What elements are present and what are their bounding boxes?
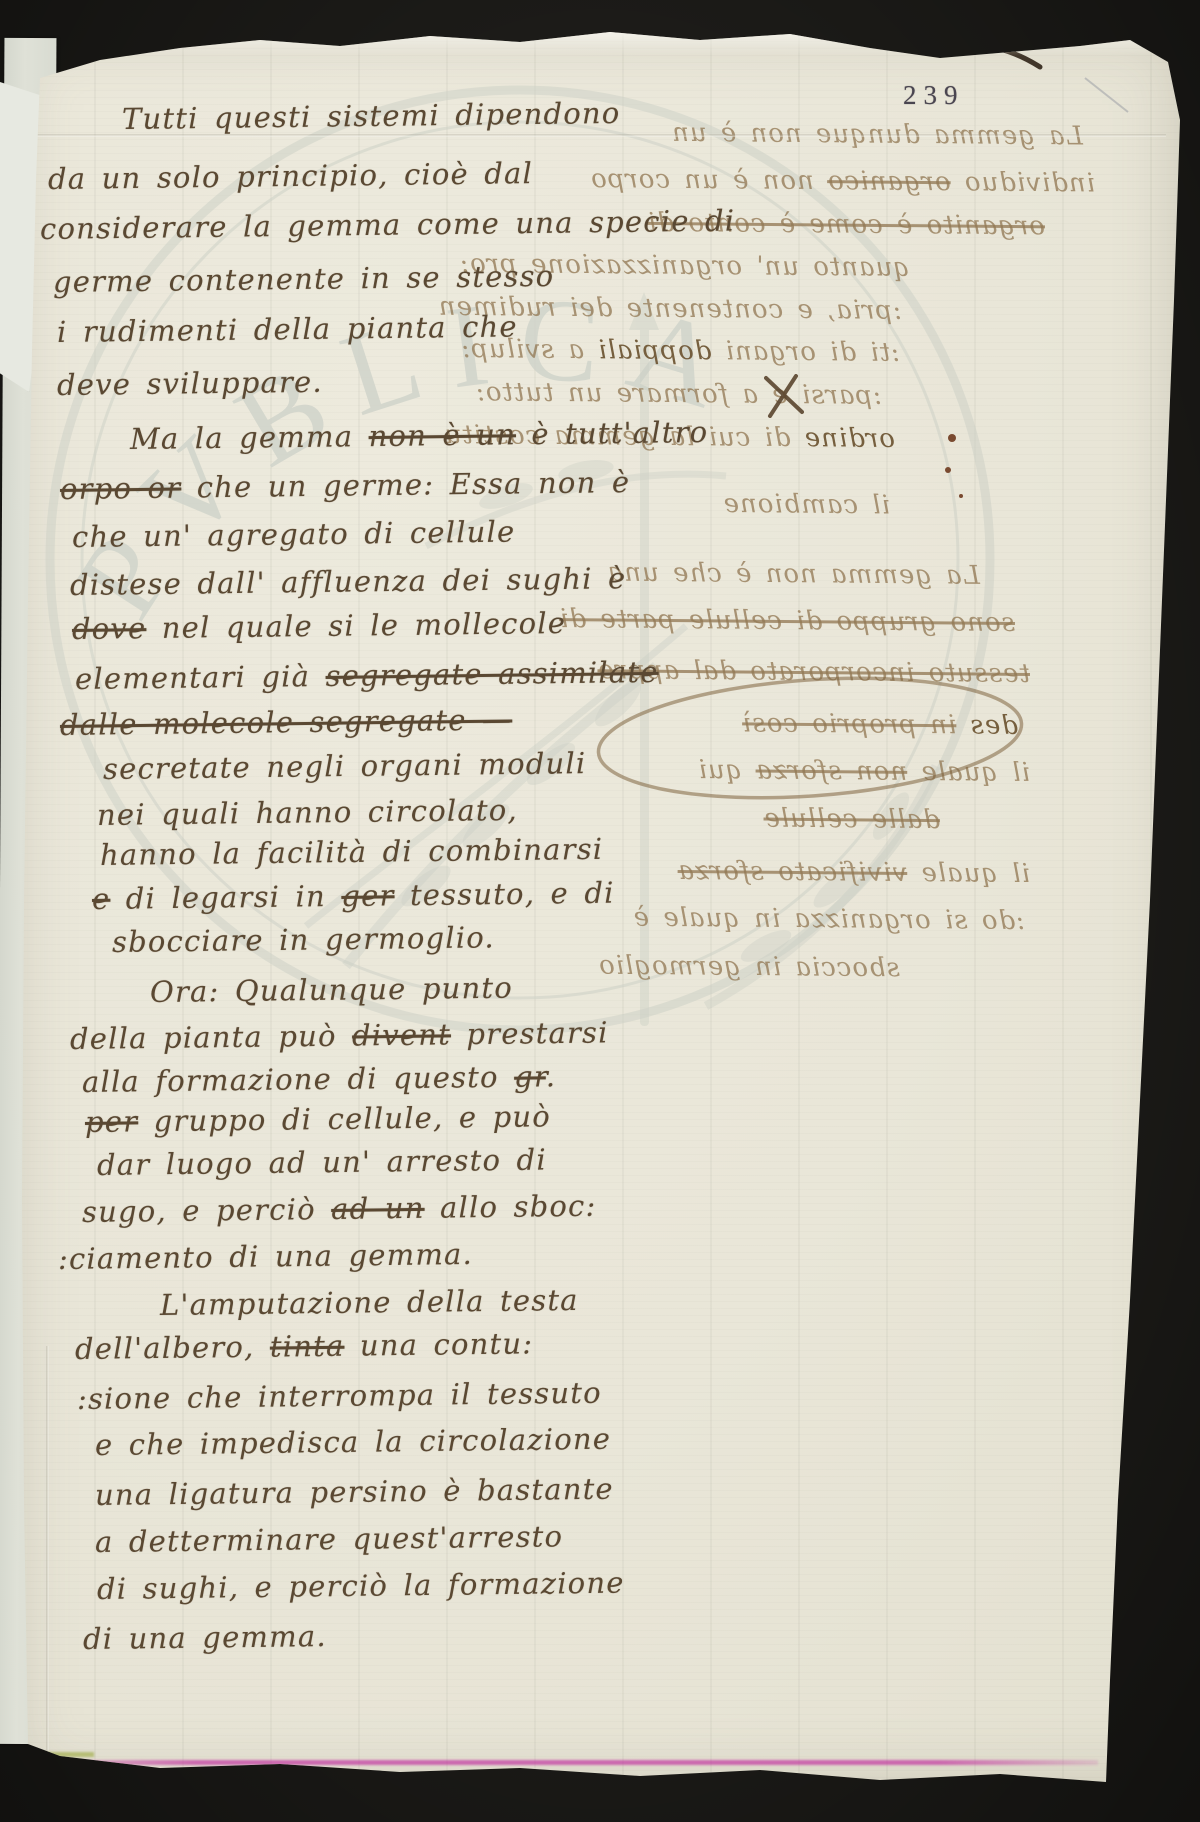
text-segment: a detterminare quest'arresto [95, 1519, 564, 1559]
manuscript-line: sbocciare in germoglio. [112, 919, 495, 960]
manuscript-line: elementari già segregate assimilate [75, 654, 659, 697]
manuscript-line: alla formazione di questo gr. [82, 1058, 557, 1100]
manuscript-line: dell'albero, tinta una contu: [75, 1325, 534, 1367]
manuscript-line: L'amputazione della testa [160, 1282, 579, 1323]
text-segment: della pianta può [70, 1019, 352, 1056]
scan-background: { "page_number": "239", "colors": { "bac… [0, 0, 1200, 1822]
text-segment: di legarsi in [110, 879, 341, 916]
text-segment: che un' agregato di cellule [72, 515, 516, 554]
recto-text-layer: Tutti questi sistemi dipendonoda un solo… [6, 26, 1186, 1792]
text-segment: gruppo di cellule, e può [138, 1099, 551, 1138]
manuscript-line: secretate negli organi moduli [103, 745, 587, 787]
text-segment: i rudimenti della pianta che [57, 309, 518, 349]
manuscript-line: i rudimenti della pianta che [57, 308, 518, 350]
text-segment: dell'albero, [75, 1330, 270, 1366]
text-segment: di sughi, e perciò la formazione [97, 1566, 625, 1606]
text-segment: segregate assimilate [325, 655, 658, 693]
manuscript-line: sugo, e perciò ad un allo sboc: [82, 1188, 597, 1230]
manuscript-line: per gruppo di cellule, e può [85, 1098, 551, 1140]
manuscript-line: a detterminare quest'arresto [95, 1518, 564, 1560]
text-segment: Ora: Qualunque punto [150, 971, 513, 1009]
manuscript-line: :ciamento di una gemma. [58, 1236, 473, 1277]
text-segment: per [85, 1104, 139, 1139]
manuscript-line: che un' agregato di cellule [72, 514, 516, 555]
manuscript-page: PVBLICA La gemma dunque non è unindividu… [6, 26, 1186, 1792]
text-segment: allo sboc: [424, 1189, 596, 1225]
manuscript-line: della pianta può divent prestarsi [70, 1014, 609, 1057]
text-segment: ad un [331, 1191, 425, 1226]
text-segment: hanno la facilità di combinarsi [100, 832, 604, 872]
manuscript-line: da un solo principio, cioè dal [48, 155, 533, 197]
text-segment: di una gemma. [83, 1619, 327, 1656]
manuscript-line: deve sviluppare. [57, 364, 323, 403]
text-segment: tessuto, e di [394, 876, 614, 913]
manuscript-line: considerare la gemma come una specie di [40, 203, 736, 247]
text-segment: da un solo principio, cioè dal [48, 156, 533, 196]
text-segment: . [546, 1059, 557, 1093]
manuscript-line: di una gemma. [83, 1618, 327, 1657]
page-number-stamp: 239 [903, 80, 965, 110]
text-segment: dar luogo ad un' arresto di [97, 1143, 547, 1182]
manuscript-line: Ma la gemma non è un è tutt'altro [130, 414, 709, 457]
text-segment: :sione che interrompa il tessuto [77, 1376, 602, 1416]
manuscript-line: orpo or che un germe: Essa non è [60, 464, 631, 507]
text-segment: sbocciare in germoglio. [112, 920, 495, 959]
text-segment: deve sviluppare. [57, 365, 323, 402]
text-segment: orpo or [60, 471, 182, 506]
text-segment: una contu: [344, 1326, 533, 1362]
text-segment: ger [341, 878, 395, 913]
text-segment: sugo, e perciò [82, 1192, 332, 1229]
text-segment: alla formazione di questo [82, 1060, 515, 1099]
text-segment: :ciamento di una gemma. [58, 1237, 473, 1276]
text-segment: nei quali hanno circolato, [97, 793, 518, 832]
text-segment: una ligatura persino è bastante [95, 1472, 614, 1512]
manuscript-line: dalle molecole segregate — [60, 701, 513, 743]
text-segment: e [92, 882, 111, 916]
text-segment: dalle molecole segregate — [60, 702, 513, 742]
manuscript-line: e che impedisca la circolazione [95, 1421, 612, 1463]
text-segment: prestarsi [451, 1015, 609, 1051]
text-segment: distese dall' affluenza dei sughi è [70, 561, 627, 602]
text-segment: nel quale si le mollecole [146, 606, 566, 645]
text-segment: è tutt'altro [516, 415, 709, 451]
manuscript-line: :sione che interrompa il tessuto [77, 1375, 602, 1417]
text-segment: L'amputazione della testa [160, 1283, 579, 1322]
text-segment: germe contenente in se stesso [53, 259, 555, 299]
text-segment: e che impedisca la circolazione [95, 1422, 612, 1462]
text-segment: considerare la gemma come una specie di [40, 204, 736, 246]
text-segment: non è un [368, 417, 516, 453]
fold-crease-vertical [46, 1346, 49, 1776]
text-segment: divent [352, 1017, 451, 1052]
text-segment: dove [72, 611, 147, 646]
manuscript-line: distese dall' affluenza dei sughi è [70, 560, 627, 603]
text-segment: Ma la gemma [130, 419, 369, 456]
manuscript-line: Ora: Qualunque punto [150, 970, 513, 1010]
text-segment: secretate negli organi moduli [103, 746, 587, 786]
manuscript-line: nei quali hanno circolato, [97, 792, 518, 833]
manuscript-line: una ligatura persino è bastante [95, 1471, 614, 1513]
manuscript-line: e di legarsi in ger tessuto, e di [92, 875, 615, 917]
manuscript-line: dar luogo ad un' arresto di [97, 1142, 547, 1183]
manuscript-line: hanno la facilità di combinarsi [100, 831, 604, 873]
text-segment: Tutti questi sistemi dipendono [122, 96, 621, 136]
manuscript-line: dove nel quale si le mollecole [72, 605, 567, 647]
manuscript-line: germe contenente in se stesso [53, 258, 555, 300]
manuscript-line: Tutti questi sistemi dipendono [122, 95, 621, 137]
scan-color-fringe [36, 1760, 1098, 1765]
text-segment: tinta [270, 1329, 345, 1364]
text-segment: gr [514, 1059, 546, 1093]
text-segment: elementari già [75, 659, 326, 696]
text-segment: che un germe: Essa non è [181, 465, 630, 504]
fold-crease-horizontal [26, 134, 1166, 137]
manuscript-line: di sughi, e perciò la formazione [97, 1565, 625, 1607]
